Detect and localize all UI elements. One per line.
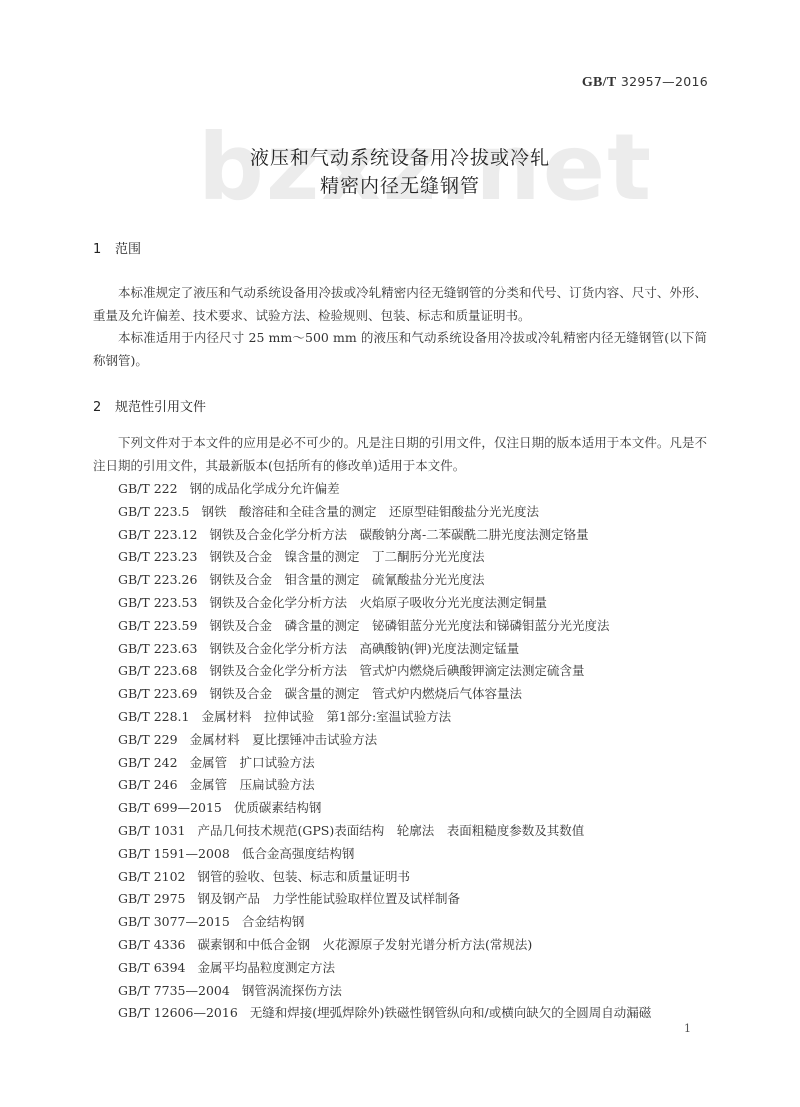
reference-code: GB/T 6394 [118, 960, 186, 975]
reference-title: 钢铁及合金化学分析方法 高碘酸钠(钾)光度法测定锰量 [209, 641, 519, 656]
reference-code: GB/T 223.68 [118, 663, 197, 678]
standard-code: GB/T 32957—2016 [582, 74, 708, 91]
reference-item: GB/T 1591—2008低合金高强度结构钢 [118, 843, 718, 866]
reference-code: GB/T 223.26 [118, 572, 197, 587]
section-number: 2 [93, 400, 115, 415]
reference-code: GB/T 2975 [118, 891, 186, 906]
document-title: 液压和气动系统设备用冷拔或冷轧 精密内径无缝钢管 [0, 144, 800, 200]
reference-code: GB/T 223.69 [118, 686, 197, 701]
reference-code: GB/T 223.59 [118, 618, 197, 633]
reference-title: 钢管的验收、包装、标志和质量证明书 [198, 869, 411, 884]
section-title: 范围 [115, 242, 141, 257]
section-number: 1 [93, 242, 115, 257]
reference-title: 钢及钢产品 力学性能试验取样位置及试样制备 [198, 891, 461, 906]
reference-item: GB/T 1031产品几何技术规范(GPS)表面结构 轮廓法 表面粗糙度参数及其… [118, 820, 718, 843]
reference-code: GB/T 246 [118, 777, 178, 792]
reference-item: GB/T 223.59钢铁及合金 磷含量的测定 铋磷钼蓝分光光度法和锑磷钼蓝分光… [118, 615, 718, 638]
reference-title: 金属管 扩口试验方法 [190, 755, 315, 770]
reference-code: GB/T 222 [118, 481, 178, 496]
reference-code: GB/T 223.63 [118, 641, 197, 656]
reference-code: GB/T 223.53 [118, 595, 197, 610]
reference-title: 优质碳素结构钢 [234, 800, 322, 815]
reference-item: GB/T 3077—2015合金结构钢 [118, 911, 718, 934]
reference-title: 钢铁 酸溶硅和全硅含量的测定 还原型硅钼酸盐分光光度法 [201, 504, 539, 519]
standard-prefix: GB/T [582, 75, 617, 90]
reference-title: 金属材料 夏比摆锤冲击试验方法 [190, 732, 378, 747]
reference-title: 钢管涡流探伤方法 [242, 983, 342, 998]
paragraph: 本标准适用于内径尺寸 25 mm～500 mm 的液压和气动系统设备用冷拔或冷轧… [93, 327, 707, 372]
reference-title: 低合金高强度结构钢 [242, 846, 355, 861]
reference-item: GB/T 12606—2016无缝和焊接(埋弧焊除外)铁磁性钢管纵向和/或横向缺… [118, 1002, 718, 1025]
normative-references-intro: 下列文件对于本文件的应用是必不可少的。凡是注日期的引用文件，仅注日期的版本适用于… [93, 432, 707, 477]
reference-item: GB/T 699—2015优质碳素结构钢 [118, 797, 718, 820]
reference-title: 无缝和焊接(埋弧焊除外)铁磁性钢管纵向和/或横向缺欠的全圆周自动漏磁 [250, 1005, 651, 1020]
reference-item: GB/T 246金属管 压扁试验方法 [118, 774, 718, 797]
reference-item: GB/T 223.53钢铁及合金化学分析方法 火焰原子吸收分光光度法测定铜量 [118, 592, 718, 615]
reference-item: GB/T 223.68钢铁及合金化学分析方法 管式炉内燃烧后碘酸钾滴定法测定硫含… [118, 660, 718, 683]
reference-item: GB/T 2102钢管的验收、包装、标志和质量证明书 [118, 866, 718, 889]
reference-code: GB/T 242 [118, 755, 178, 770]
reference-title: 钢铁及合金 钼含量的测定 硫氰酸盐分光光度法 [209, 572, 484, 587]
title-line-1: 液压和气动系统设备用冷拔或冷轧 [0, 144, 800, 172]
reference-list: GB/T 222钢的成品化学成分允许偏差 GB/T 223.5钢铁 酸溶硅和全硅… [118, 478, 718, 1025]
reference-title: 钢铁及合金化学分析方法 碳酸钠分离-二苯碳酰二肼光度法测定铬量 [209, 527, 588, 542]
reference-item: GB/T 223.12钢铁及合金化学分析方法 碳酸钠分离-二苯碳酰二肼光度法测定… [118, 524, 718, 547]
scope-body: 本标准规定了液压和气动系统设备用冷拔或冷轧精密内径无缝钢管的分类和代号、订货内容… [93, 282, 707, 372]
reference-title: 金属管 压扁试验方法 [190, 777, 315, 792]
page-number: 1 [684, 1022, 691, 1035]
paragraph: 下列文件对于本文件的应用是必不可少的。凡是注日期的引用文件，仅注日期的版本适用于… [93, 432, 707, 477]
reference-code: GB/T 223.23 [118, 549, 197, 564]
section-title: 规范性引用文件 [115, 400, 206, 415]
reference-code: GB/T 223.12 [118, 527, 197, 542]
reference-item: GB/T 229金属材料 夏比摆锤冲击试验方法 [118, 729, 718, 752]
paragraph: 本标准规定了液压和气动系统设备用冷拔或冷轧精密内径无缝钢管的分类和代号、订货内容… [93, 282, 707, 327]
reference-title: 钢铁及合金化学分析方法 管式炉内燃烧后碘酸钾滴定法测定硫含量 [209, 663, 584, 678]
reference-code: GB/T 4336 [118, 937, 186, 952]
reference-code: GB/T 1591—2008 [118, 846, 230, 861]
reference-title: 合金结构钢 [242, 914, 305, 929]
reference-code: GB/T 7735—2004 [118, 983, 230, 998]
title-line-2: 精密内径无缝钢管 [0, 172, 800, 200]
reference-item: GB/T 6394金属平均晶粒度测定方法 [118, 957, 718, 980]
reference-item: GB/T 222钢的成品化学成分允许偏差 [118, 478, 718, 501]
reference-code: GB/T 229 [118, 732, 178, 747]
reference-title: 钢铁及合金 镍含量的测定 丁二酮肟分光光度法 [209, 549, 484, 564]
standard-number: 32957—2016 [621, 74, 708, 89]
reference-item: GB/T 223.26钢铁及合金 钼含量的测定 硫氰酸盐分光光度法 [118, 569, 718, 592]
reference-code: GB/T 2102 [118, 869, 186, 884]
reference-item: GB/T 7735—2004钢管涡流探伤方法 [118, 980, 718, 1003]
reference-title: 钢铁及合金 磷含量的测定 铋磷钼蓝分光光度法和锑磷钼蓝分光光度法 [209, 618, 609, 633]
reference-title: 碳素钢和中低合金钢 火花源原子发射光谱分析方法(常规法) [198, 937, 533, 952]
reference-code: GB/T 228.1 [118, 709, 189, 724]
reference-item: GB/T 223.23钢铁及合金 镍含量的测定 丁二酮肟分光光度法 [118, 546, 718, 569]
reference-item: GB/T 223.5钢铁 酸溶硅和全硅含量的测定 还原型硅钼酸盐分光光度法 [118, 501, 718, 524]
reference-code: GB/T 223.5 [118, 504, 189, 519]
reference-title: 产品几何技术规范(GPS)表面结构 轮廓法 表面粗糙度参数及其数值 [198, 823, 585, 838]
reference-title: 钢的成品化学成分允许偏差 [190, 481, 340, 496]
reference-title: 金属平均晶粒度测定方法 [198, 960, 336, 975]
reference-item: GB/T 223.63钢铁及合金化学分析方法 高碘酸钠(钾)光度法测定锰量 [118, 638, 718, 661]
reference-item: GB/T 228.1金属材料 拉伸试验 第1部分:室温试验方法 [118, 706, 718, 729]
reference-title: 金属材料 拉伸试验 第1部分:室温试验方法 [201, 709, 451, 724]
reference-item: GB/T 2975钢及钢产品 力学性能试验取样位置及试样制备 [118, 888, 718, 911]
reference-item: GB/T 4336碳素钢和中低合金钢 火花源原子发射光谱分析方法(常规法) [118, 934, 718, 957]
section-heading-scope: 1范围 [93, 238, 141, 257]
reference-item: GB/T 223.69钢铁及合金 碳含量的测定 管式炉内燃烧后气体容量法 [118, 683, 718, 706]
reference-code: GB/T 1031 [118, 823, 186, 838]
reference-title: 钢铁及合金化学分析方法 火焰原子吸收分光光度法测定铜量 [209, 595, 547, 610]
reference-code: GB/T 699—2015 [118, 800, 222, 815]
reference-item: GB/T 242金属管 扩口试验方法 [118, 752, 718, 775]
reference-title: 钢铁及合金 碳含量的测定 管式炉内燃烧后气体容量法 [209, 686, 522, 701]
section-heading-normative-references: 2规范性引用文件 [93, 396, 206, 415]
reference-code: GB/T 3077—2015 [118, 914, 230, 929]
reference-code: GB/T 12606—2016 [118, 1005, 238, 1020]
